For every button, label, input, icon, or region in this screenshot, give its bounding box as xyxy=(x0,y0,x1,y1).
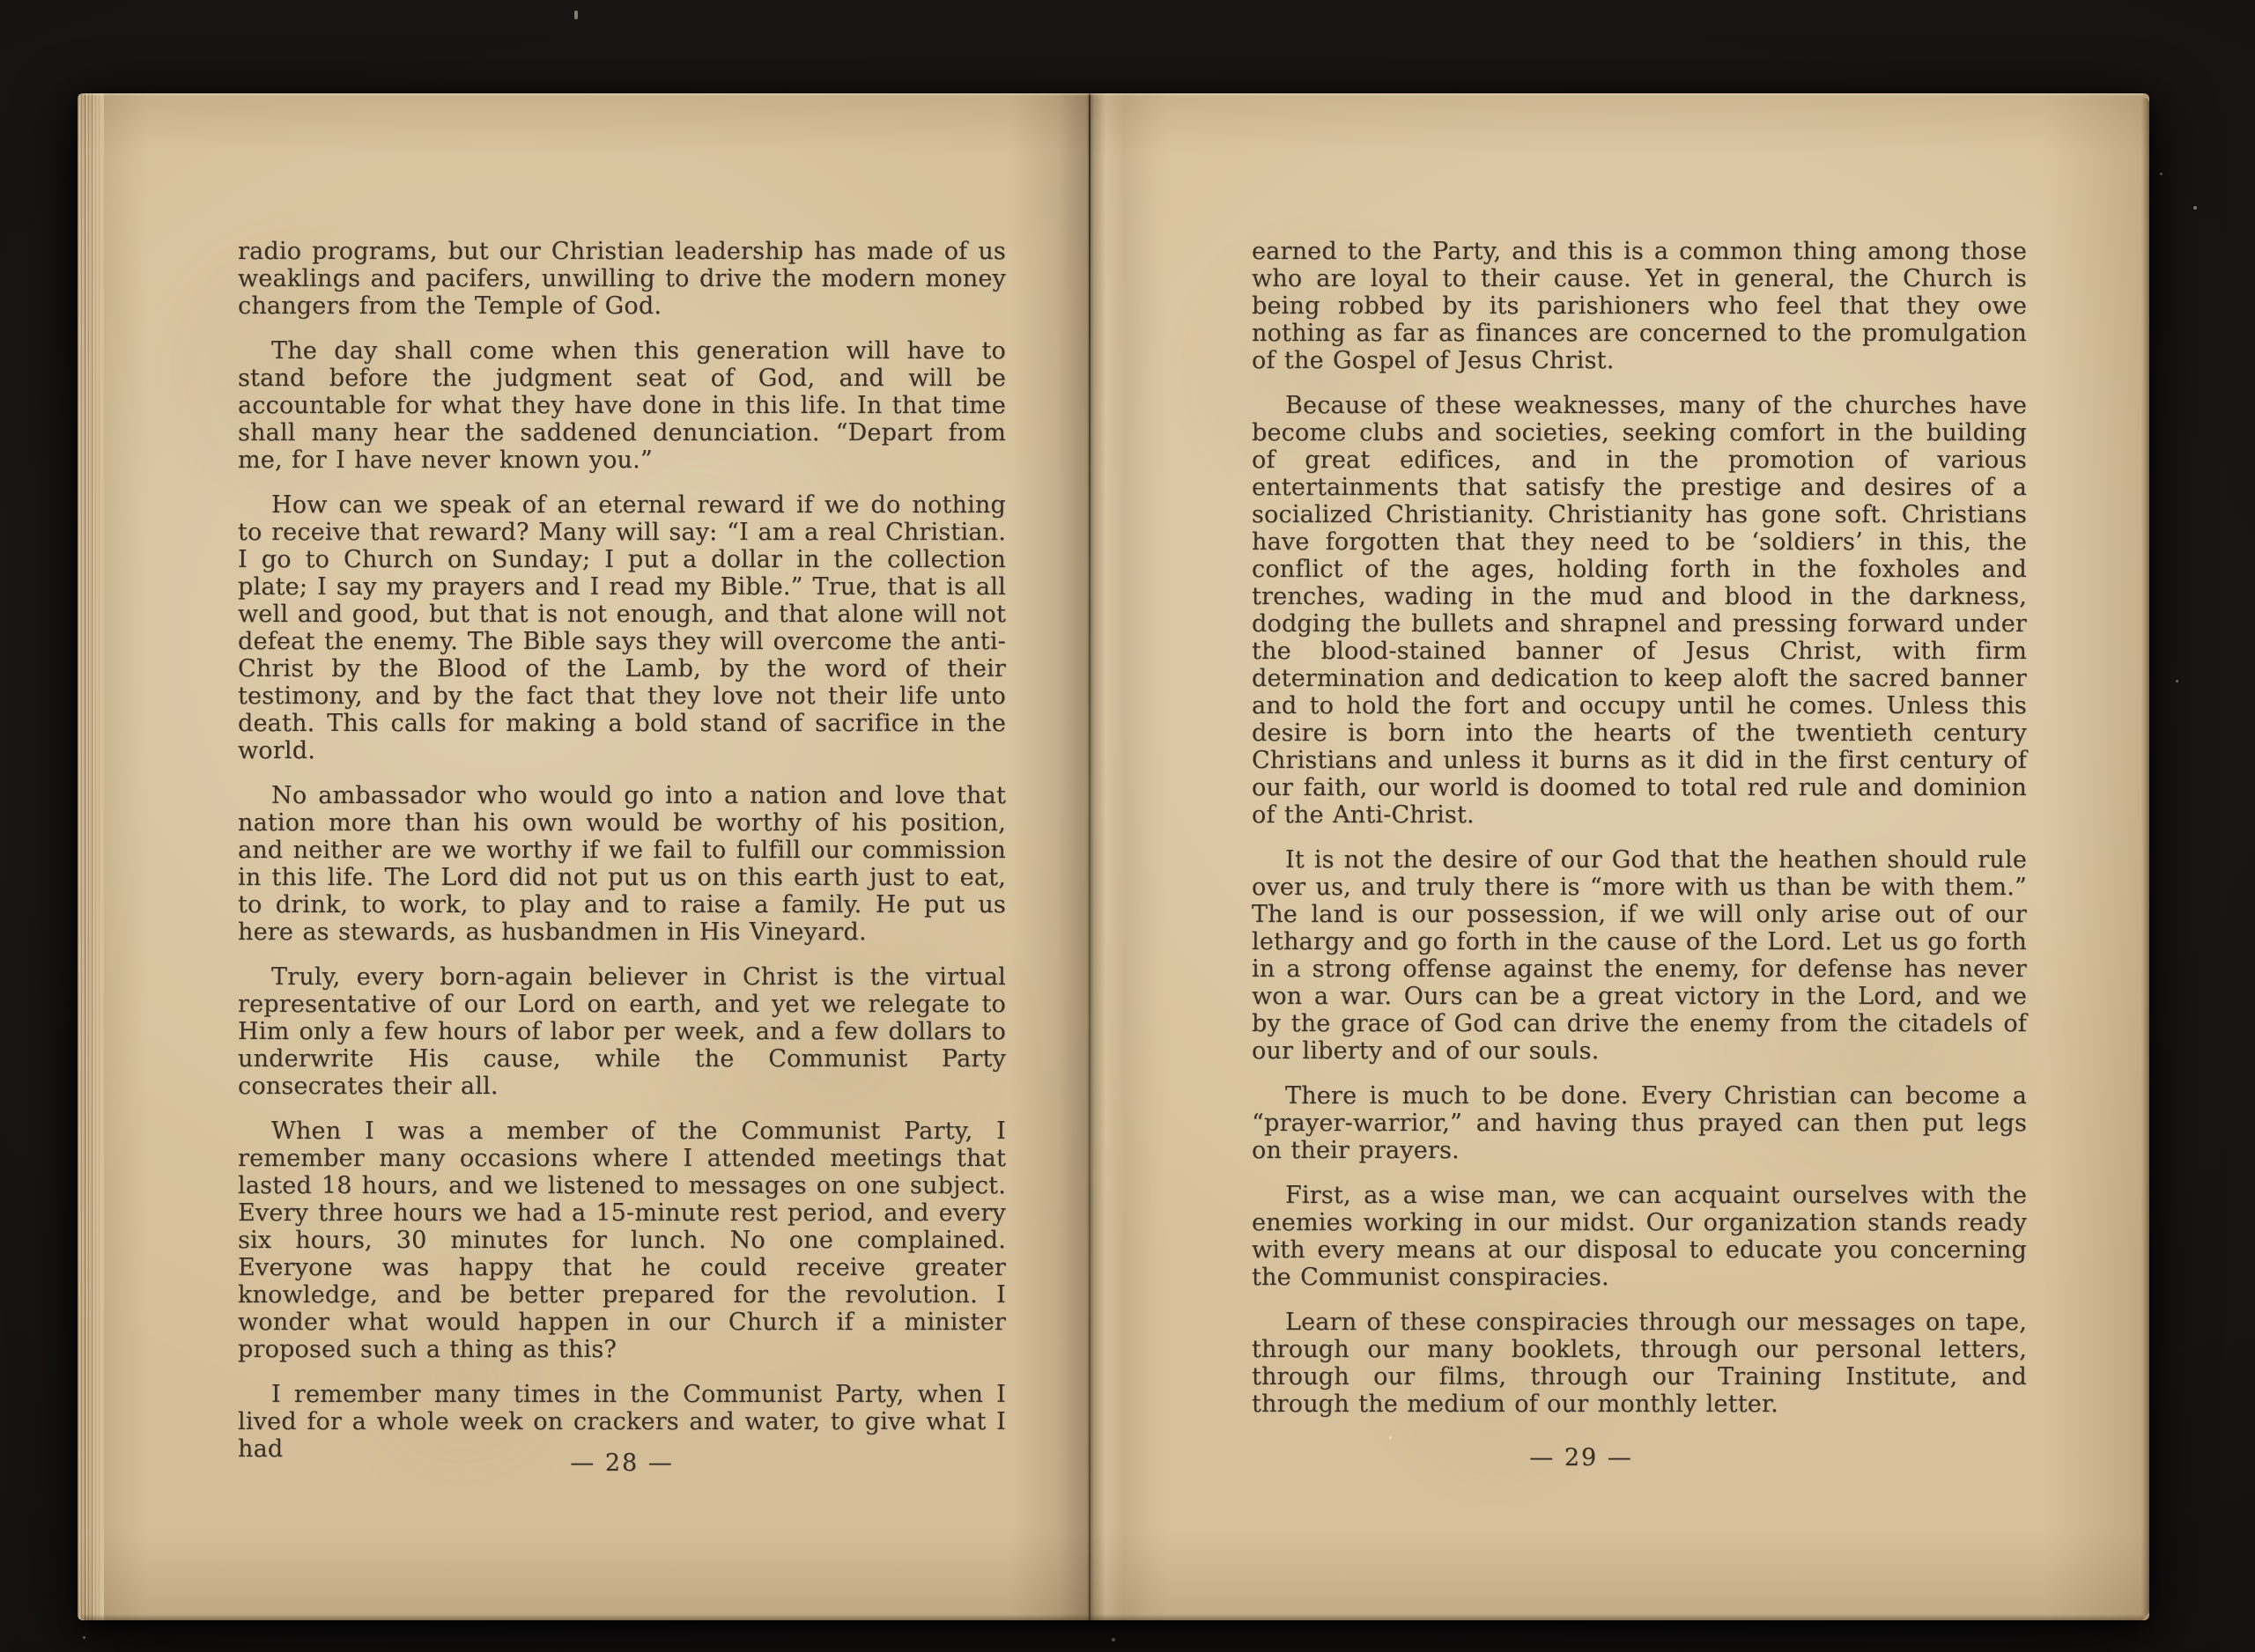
dust-speck xyxy=(1112,1638,1115,1641)
page-edge xyxy=(2141,98,2149,1616)
page-right: earned to the Party, and this is a commo… xyxy=(1090,93,2149,1620)
paragraph: It is not the desire of our God that the… xyxy=(1252,846,2027,1065)
page-number-right: — 29 — xyxy=(1194,1444,1969,1471)
paper-speck xyxy=(1389,1436,1392,1439)
page-left: radio programs, but our Christian leader… xyxy=(78,93,1090,1620)
page-number-left: — 28 — xyxy=(238,1449,1006,1477)
paragraph: Because of these weaknesses, many of the… xyxy=(1252,392,2027,829)
page-left-text: radio programs, but our Christian leader… xyxy=(238,238,1006,1480)
paragraph: The day shall come when this generation … xyxy=(238,337,1006,474)
dust-speck xyxy=(574,11,578,19)
paragraph: Learn of these conspiracies through our … xyxy=(1252,1309,2027,1418)
dust-speck xyxy=(2176,680,2178,682)
photo-scene: { "book": { "left_page": { "page_number"… xyxy=(0,0,2255,1652)
dust-speck xyxy=(83,1636,85,1639)
paragraph: No ambassador who would go into a nation… xyxy=(238,782,1006,946)
dust-speck xyxy=(2160,173,2163,175)
paragraph: There is much to be done. Every Christia… xyxy=(1252,1082,2027,1164)
spine-crease xyxy=(1089,93,1091,1620)
paragraph: First, as a wise man, we can acquaint ou… xyxy=(1252,1182,2027,1291)
book-spread: radio programs, but our Christian leader… xyxy=(78,93,2149,1620)
paragraph: radio programs, but our Christian leader… xyxy=(238,238,1006,320)
paragraph: Truly, every born-again believer in Chri… xyxy=(238,963,1006,1100)
page-right-text: earned to the Party, and this is a commo… xyxy=(1252,238,2027,1435)
paragraph: How can we speak of an eternal reward if… xyxy=(238,491,1006,764)
dust-speck xyxy=(2193,206,2197,210)
paragraph: When I was a member of the Communist Par… xyxy=(238,1117,1006,1363)
page-stack-edge xyxy=(78,93,104,1620)
paragraph: earned to the Party, and this is a commo… xyxy=(1252,238,2027,374)
